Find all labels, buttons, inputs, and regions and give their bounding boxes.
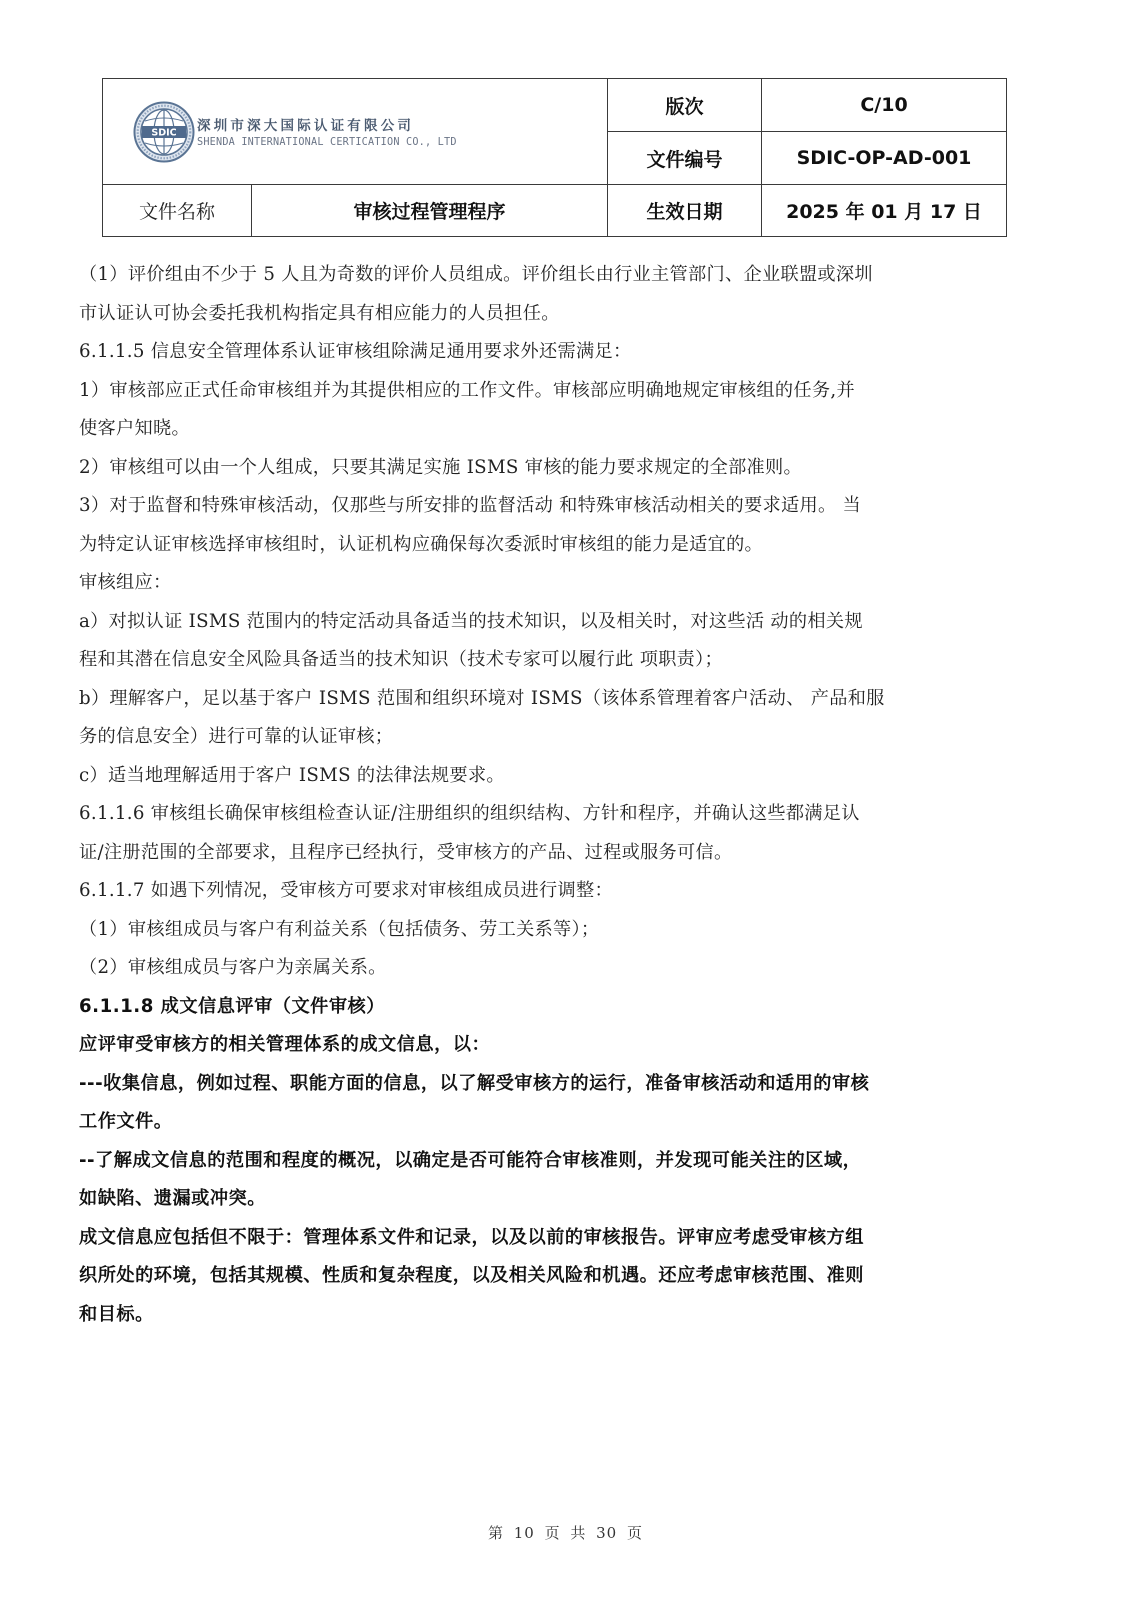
section-heading-6-1-1-5: 6.1.1.5 信息安全管理体系认证审核组除满足通用要求外还需满足： xyxy=(79,333,1039,372)
body-line: 务的信息安全）进行可靠的认证审核； xyxy=(79,718,1039,757)
body-line: 如缺陷、遗漏或冲突。 xyxy=(79,1180,1039,1219)
body-line: 为特定认证审核选择审核组时，认证机构应确保每次委派时审核组的能力是适宜的。 xyxy=(79,526,1039,565)
body-line: 和目标。 xyxy=(79,1296,1039,1335)
doc-number-label: 文件编号 xyxy=(608,132,762,185)
body-line: 证/注册范围的全部要求，且程序已经执行，受审核方的产品、过程或服务可信。 xyxy=(79,834,1039,873)
body-line: --了解成文信息的范围和程度的概况，以确定是否可能符合审核准则，并发现可能关注的… xyxy=(79,1142,1039,1181)
body-line: 2）审核组可以由一个人组成，只要其满足实施 ISMS 审核的能力要求规定的全部准… xyxy=(79,449,1039,488)
body-line: b）理解客户，足以基于客户 ISMS 范围和组织环境对 ISMS（该体系管理着客… xyxy=(79,680,1039,719)
effective-date-value: 2025 年 01 月 17 日 xyxy=(762,185,1007,237)
page-number-footer: 第 10 页 共 30 页 xyxy=(0,1522,1131,1543)
body-line: （2）审核组成员与客户为亲属关系。 xyxy=(79,949,1039,988)
body-line: （1）评价组由不少于 5 人且为奇数的评价人员组成。评价组长由行业主管部门、企业… xyxy=(79,256,1039,295)
effective-date-label: 生效日期 xyxy=(608,185,762,237)
body-line: （1）审核组成员与客户有利益关系（包括债务、劳工关系等）； xyxy=(79,911,1039,950)
document-header-table: SDIC 深圳市深大国际认证有限公司 SHENDA INTERNATIONAL … xyxy=(102,78,1007,237)
body-line: 成文信息应包括但不限于：管理体系文件和记录，以及以前的审核报告。评审应考虑受审核… xyxy=(79,1219,1039,1258)
doc-name-label: 文件名称 xyxy=(103,185,252,237)
body-line: c）适当地理解适用于客户 ISMS 的法律法规要求。 xyxy=(79,757,1039,796)
doc-number-value: SDIC-OP-AD-001 xyxy=(762,132,1007,185)
body-line: 1）审核部应正式任命审核组并为其提供相应的工作文件。审核部应明确地规定审核组的任… xyxy=(79,372,1039,411)
body-line: 3）对于监督和特殊审核活动，仅那些与所安排的监督活动 和特殊审核活动相关的要求适… xyxy=(79,487,1039,526)
body-line: 织所处的环境，包括其规模、性质和复杂程度，以及相关风险和机遇。还应考虑审核范围、… xyxy=(79,1257,1039,1296)
body-line: 程和其潜在信息安全风险具备适当的技术知识（技术专家可以履行此 项职责）； xyxy=(79,641,1039,680)
sdic-globe-logo-icon: SDIC xyxy=(133,101,195,163)
company-name-en: SHENDA INTERNATIONAL CERTICATION CO., LT… xyxy=(197,137,457,148)
body-line: a）对拟认证 ISMS 范围内的特定活动具备适当的技术知识，以及相关时，对这些活… xyxy=(79,603,1039,642)
version-value: C/10 xyxy=(762,79,1007,132)
document-body: （1）评价组由不少于 5 人且为奇数的评价人员组成。评价组长由行业主管部门、企业… xyxy=(79,256,1039,1334)
doc-name-value: 审核过程管理程序 xyxy=(252,185,608,237)
body-line: 应评审受审核方的相关管理体系的成文信息，以： xyxy=(79,1026,1039,1065)
body-line: 工作文件。 xyxy=(79,1103,1039,1142)
section-heading-6-1-1-7: 6.1.1.7 如遇下列情况，受审核方可要求对审核组成员进行调整： xyxy=(79,872,1039,911)
company-logo-cell: SDIC 深圳市深大国际认证有限公司 SHENDA INTERNATIONAL … xyxy=(103,79,608,185)
logo-text: SDIC xyxy=(151,127,176,138)
body-line: 使客户知晓。 xyxy=(79,410,1039,449)
section-heading-6-1-1-8: 6.1.1.8 成文信息评审（文件审核） xyxy=(79,988,1039,1027)
section-heading-6-1-1-6: 6.1.1.6 审核组长确保审核组检查认证/注册组织的组织结构、方针和程序，并确… xyxy=(79,795,1039,834)
version-label: 版次 xyxy=(608,79,762,132)
body-line: ---收集信息，例如过程、职能方面的信息，以了解受审核方的运行，准备审核活动和适… xyxy=(79,1065,1039,1104)
body-line: 审核组应： xyxy=(79,564,1039,603)
company-name-cn: 深圳市深大国际认证有限公司 xyxy=(197,114,457,134)
body-line: 市认证认可协会委托我机构指定具有相应能力的人员担任。 xyxy=(79,295,1039,334)
